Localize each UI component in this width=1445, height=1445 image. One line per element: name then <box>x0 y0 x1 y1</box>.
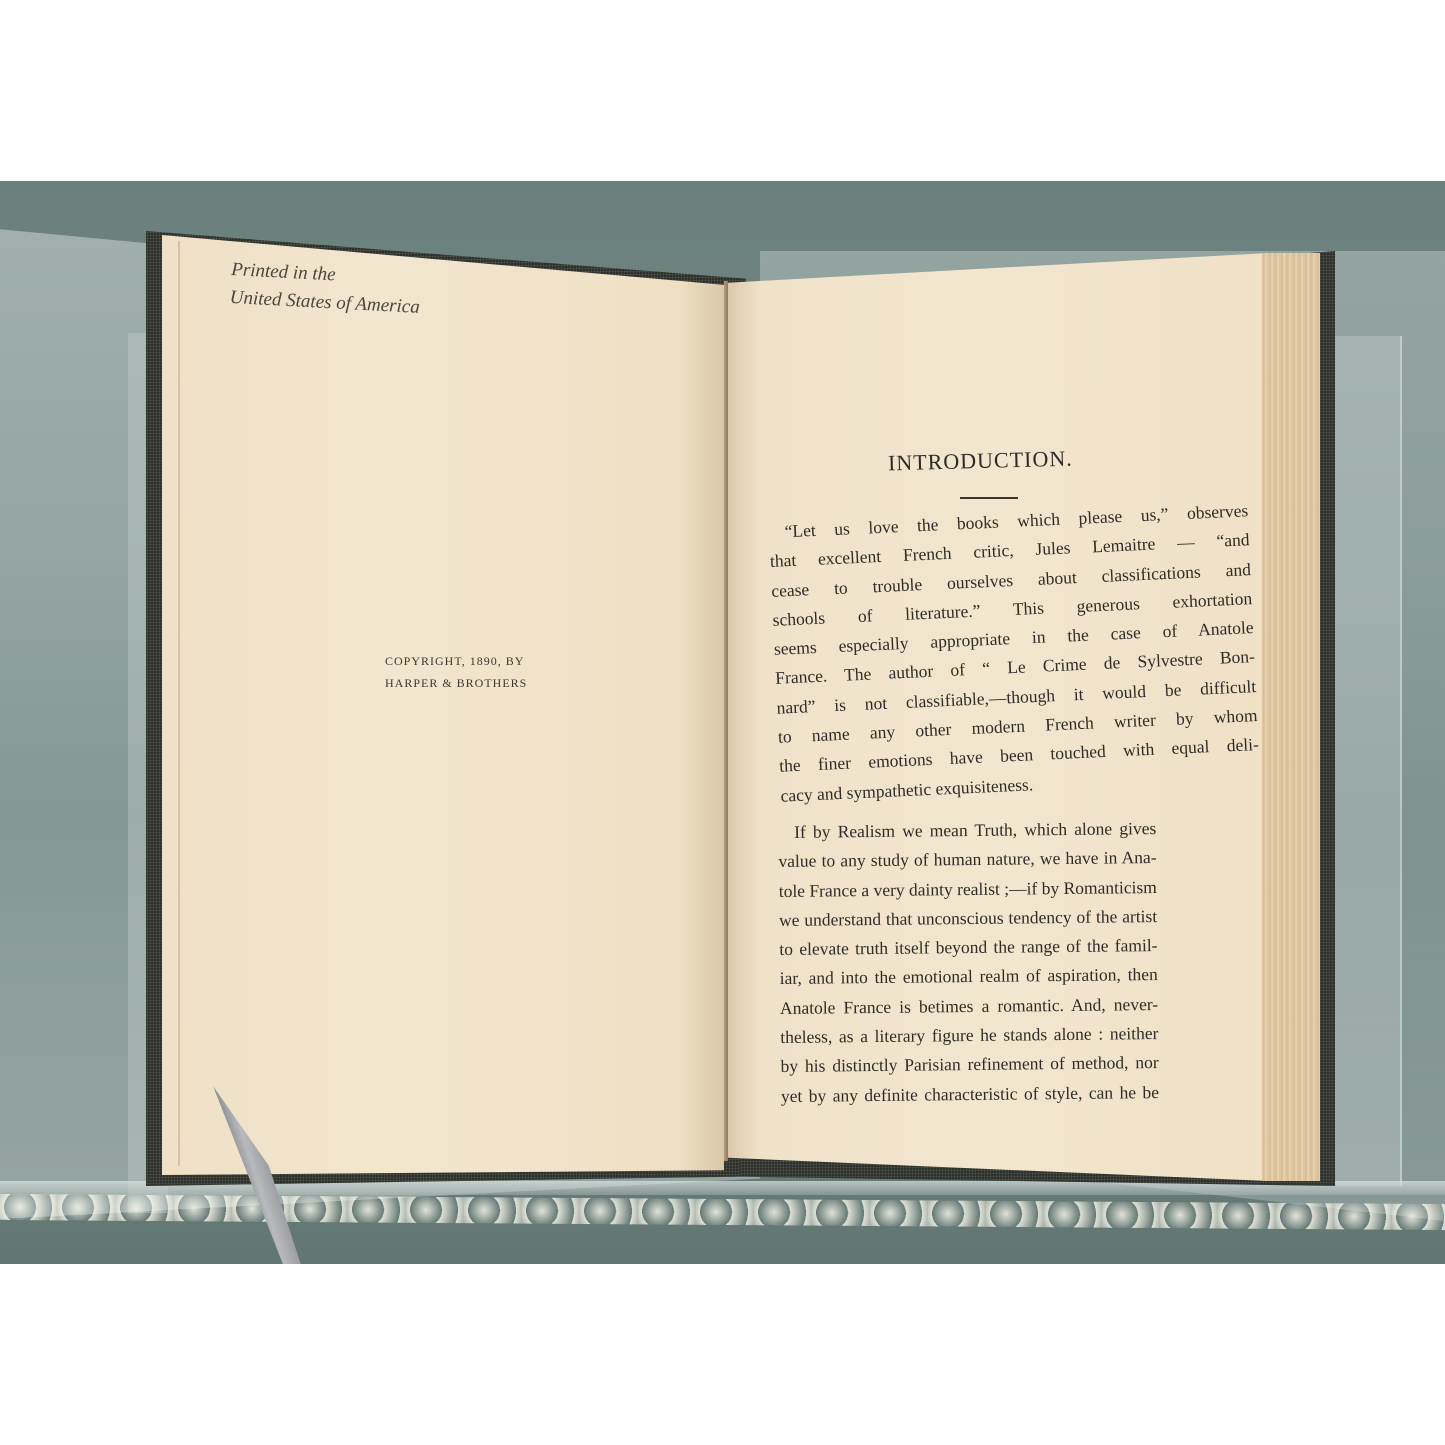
copyright-line: Copyright, 1890, by <box>385 650 527 672</box>
chapter-title: INTRODUCTION. <box>888 446 1073 477</box>
text-line: iar, and into the emotional realm of asp… <box>780 961 1158 994</box>
copyright-line: Harper & Brothers <box>385 672 527 694</box>
left-page-fold-line <box>178 241 180 1166</box>
text-line: theless, as a literary figure he stands … <box>780 1019 1158 1052</box>
text-line: tole France a very dainty realist ;—if b… <box>779 873 1157 906</box>
left-page <box>162 235 724 1175</box>
text-line: to elevate truth itself beyond the range… <box>779 931 1157 964</box>
page-block-edges <box>1262 253 1320 1181</box>
paragraph-1: “Let us love the books which please us,”… <box>768 496 1261 810</box>
copyright-notice: Copyright, 1890, by Harper & Brothers <box>385 650 527 694</box>
book-gutter <box>724 281 728 1161</box>
printed-in-note: Printed in the United States of America <box>229 256 422 322</box>
led-light-strip <box>0 1194 1445 1230</box>
text-line: by his distinctly Parisian refinement of… <box>780 1048 1158 1081</box>
text-line: If by Realism we mean Truth, which alone… <box>778 814 1156 847</box>
text-line: yet by any definite characteristic of st… <box>781 1078 1159 1111</box>
introduction-text: “Let us love the books which please us,”… <box>768 518 1248 811</box>
text-line: Anatole France is betimes a romantic. An… <box>780 990 1158 1023</box>
acrylic-stand-inner-right <box>1330 336 1402 1186</box>
title-rule-divider <box>960 497 1018 499</box>
paragraph-2: If by Realism we mean Truth, which alone… <box>778 814 1159 1111</box>
text-line: we understand that unconscious tendency … <box>779 902 1157 935</box>
text-line: value to any study of human nature, we h… <box>778 843 1156 876</box>
